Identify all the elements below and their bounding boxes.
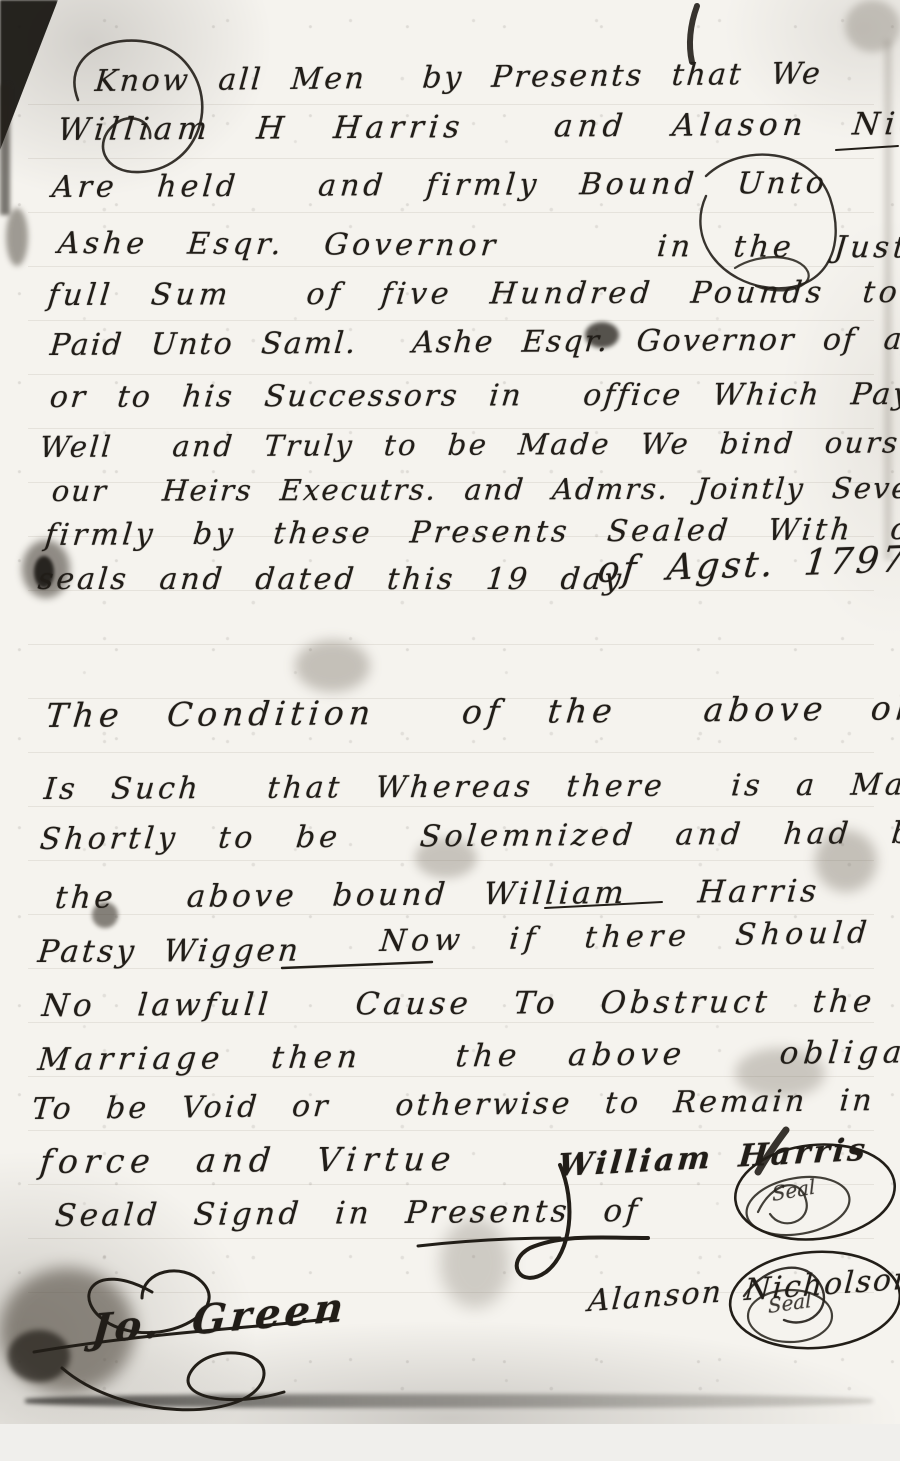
edge-streak-stain bbox=[0, 85, 10, 215]
margin-stain bbox=[6, 208, 28, 266]
seal-label: Seal bbox=[768, 1288, 812, 1318]
document-line: Are held and firmly Bound Unto Saml. bbox=[51, 165, 900, 205]
paper-sheet: Know all Men by Presents that We William… bbox=[0, 0, 900, 1424]
document-line: Paid Unto Saml. Ashe Esqr. Governor of a… bbox=[49, 321, 900, 363]
document-line: Marriage then the above obligation bbox=[36, 1034, 900, 1078]
bride-name: Patsy Wiggen bbox=[36, 933, 303, 970]
document-line: No lawfull Cause To Obstruct the said bbox=[41, 983, 900, 1024]
condition-heading: The Condition of the above obligton bbox=[44, 687, 900, 735]
document-line: full Sum of five Hundred Pounds to be bbox=[46, 275, 900, 313]
document-line: Ashe Esqr. Governor in the Just and bbox=[56, 226, 900, 266]
green-signature-loop-bottom bbox=[62, 1353, 284, 1410]
top-pen-mark bbox=[690, 6, 697, 62]
document-line: William H Harris and Alason Nicholson bbox=[56, 105, 900, 148]
document-line: force and Virtue bbox=[38, 1139, 458, 1181]
document-line: our Heirs Executrs. and Admrs. Jointly S… bbox=[51, 471, 900, 508]
document-line: or to his Successors in office Which Pay… bbox=[48, 377, 900, 415]
document-line: Well and Truly to be Made We bind oursel… bbox=[39, 425, 900, 464]
paper-smudge bbox=[845, 0, 900, 52]
attestation-line: Seald Signd in Presents of bbox=[54, 1193, 642, 1234]
ink-blot bbox=[8, 1330, 70, 1382]
paper-edge-shadow bbox=[25, 1394, 873, 1408]
document-line: seals and dated this 19 day bbox=[36, 562, 625, 597]
document-line: Shortly to be Solemnized and had between bbox=[38, 815, 900, 857]
document-line: Is Such that Whereas there is a Marriage bbox=[43, 767, 900, 807]
document-line: the above bound William Harris bbox=[54, 873, 822, 916]
document-line: Know all Men by Presents that We bbox=[94, 56, 824, 99]
